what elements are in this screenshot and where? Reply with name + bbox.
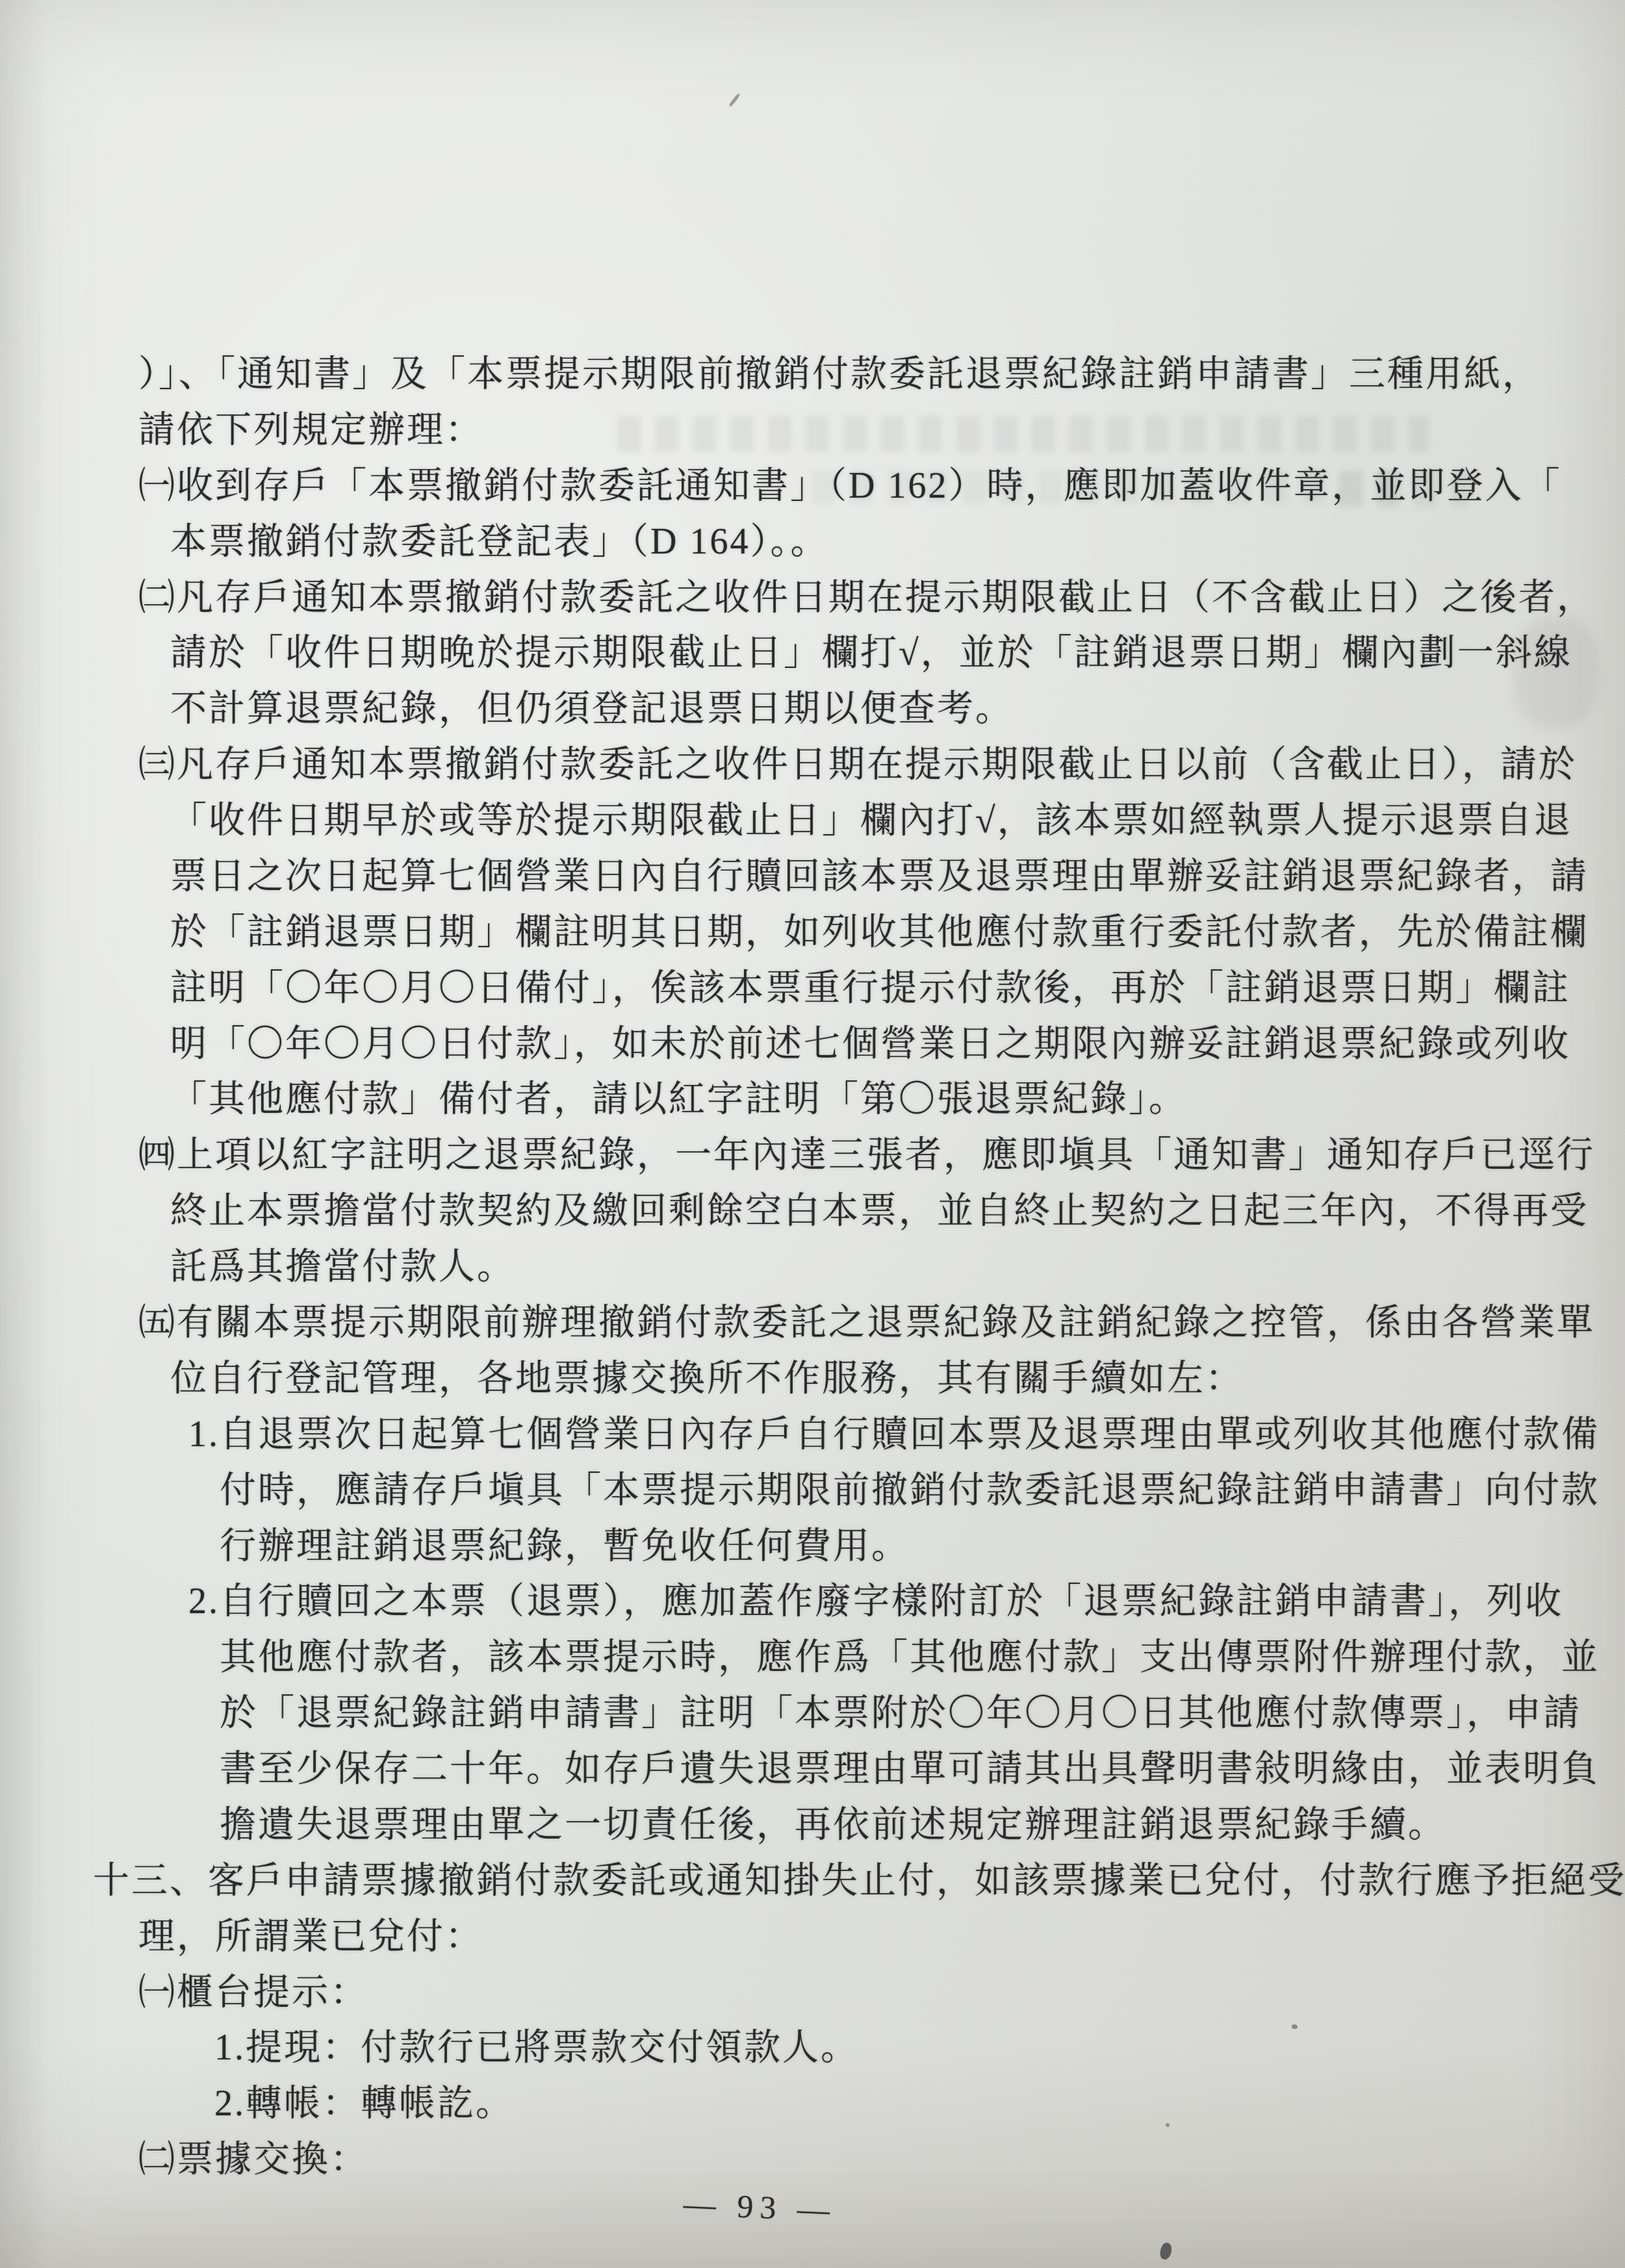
text-line: 終止本票擔當付款契約及繳回剩餘空白本票，並自終止契約之日起三年內，不得再受 [170, 1191, 1589, 1231]
text-line: 註明「〇年〇月〇日備付」，俟該本票重行提示付款後，再於「註銷退票日期」欄註 [170, 968, 1570, 1008]
dust-speck [1166, 2123, 1170, 2127]
text-line: ㈠櫃台提示： [138, 1972, 368, 2013]
text-line: ）」、「通知書」及「本票提示期限前撤銷付款委託退票紀錄註銷申請書」三種用紙， [138, 354, 1541, 394]
text-line: ㈡凡存戶通知本票撤銷付款委託之收件日期在提示期限截止日（不含截止日）之後者， [138, 578, 1595, 618]
text-line: 請於「收件日期晚於提示期限截止日」欄打√，並於「註銷退票日期」欄內劃一斜線 [170, 633, 1572, 673]
text-line: ㈢凡存戶通知本票撤銷付款委託之收件日期在提示期限截止日以前（含截止日），請於 [138, 745, 1577, 785]
text-line: 位自行登記管理，各地票據交換所不作服務，其有關手續如左： [170, 1358, 1244, 1399]
page-number: — 93 — [683, 2185, 837, 2229]
text-line: 於「退票紀錄註銷申請書」註明「本票附於〇年〇月〇日其他應付款傳票」，申請 [220, 1693, 1581, 1733]
dust-speck [1158, 2241, 1173, 2261]
text-line: ㈤有關本票提示期限前辦理撤銷付款委託之退票紀錄及註銷紀錄之控管，係由各營業單 [138, 1303, 1595, 1343]
text-line: 其他應付款者，該本票提示時，應作爲「其他應付款」支出傳票附件辦理付款，並 [220, 1637, 1600, 1677]
text-line: 2.轉帳：轉帳訖。 [214, 2083, 514, 2124]
text-line: 票日之次日起算七個營業日內自行贖回該本票及退票理由單辦妥註銷退票紀錄者，請 [170, 856, 1589, 897]
text-line: 1.提現：付款行已將票款交付領款人。 [214, 2028, 859, 2068]
text-line: 不計算退票紀錄，但仍須登記退票日期以便查考。 [170, 689, 1014, 729]
text-line: 請依下列規定辦理： [138, 410, 483, 450]
text-line: 十三、客戶申請票據撤銷付款委託或通知掛失止付，如該票據業已兌付，付款行應予拒絕受 [93, 1861, 1625, 1901]
text-line: 「收件日期早於或等於提示期限截止日」欄內打√，該本票如經執票人提示退票自退 [170, 800, 1572, 841]
dust-speck [728, 93, 741, 107]
text-line: 1.自退票次日起算七個營業日內存戶自行贖回本票及退票理由單或列收其他應付款備 [188, 1414, 1600, 1455]
text-line: 付時，應請存戶塡具「本票提示期限前撤銷付款委託退票紀錄註銷申請書」向付款 [220, 1470, 1600, 1510]
text-line: 託爲其擔當付款人。 [170, 1247, 515, 1287]
text-line: 書至少保存二十年。如存戶遺失退票理由單可請其出具聲明書敍明緣由，並表明負 [220, 1749, 1600, 1789]
scanned-document-page: ）」、「通知書」及「本票提示期限前撤銷付款委託退票紀錄註銷申請書」三種用紙， 請… [0, 0, 1625, 2268]
text-line: 擔遺失退票理由單之一切責任後，再依前述規定辦理註銷退票紀錄手續。 [220, 1805, 1446, 1845]
text-line: 本票撤銷付款委託登記表」（D 164）。。 [170, 522, 828, 562]
text-line: ㈡票據交換： [138, 2139, 368, 2180]
text-line: 明「〇年〇月〇日付款」，如未於前述七個營業日之期限內辦妥註銷退票紀錄或列收 [170, 1024, 1570, 1064]
text-line: 理，所謂業已兌付： [138, 1917, 483, 1957]
dust-speck [1292, 2024, 1298, 2029]
text-line: 於「註銷退票日期」欄註明其日期，如列收其他應付款重行委託付款者，先於備註欄 [170, 912, 1589, 952]
show-through-artifact [617, 416, 1429, 452]
text-line: 行辦理註銷退票紀錄，暫免收任何費用。 [220, 1526, 910, 1566]
text-line: 「其他應付款」備付者，請以紅字註明「第〇張退票紀錄」。 [170, 1079, 1187, 1119]
text-line: ㈠收到存戶「本票撤銷付款委託通知書」（D 162）時，應即加蓋收件章，並即登入「 [138, 466, 1561, 506]
text-line: ㈣上項以紅字註明之退票紀錄，一年內達三張者，應即塡具「通知書」通知存戶已逕行 [138, 1135, 1595, 1175]
text-line: 2.自行贖回之本票（退票），應加蓋作廢字樣附訂於「退票紀錄註銷申請書」，列收 [188, 1581, 1563, 1622]
